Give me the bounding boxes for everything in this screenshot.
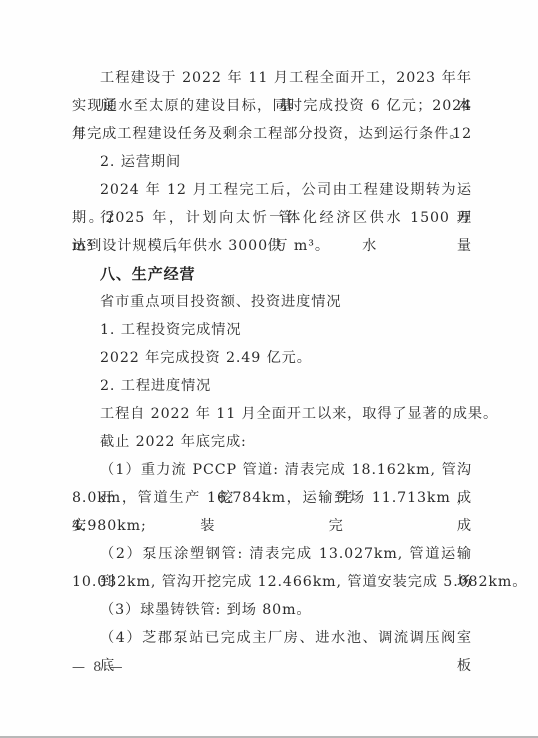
- list-item-line: （4）芝郡泵站已完成主厂房、进水池、调流调压阀室底板: [72, 624, 472, 652]
- paragraph-line: 省市重点项目投资额、投资进度情况: [72, 288, 472, 316]
- list-item-line: （1）重力流 PCCP 管道: 清表完成 18.162km, 管沟开挖完成: [72, 456, 472, 484]
- list-item-line: 8.0km，管道生产 16.784km，运输到场 11.713km ，安装完成: [72, 484, 472, 512]
- paragraph-line: 2022 年完成投资 2.49 亿元。: [72, 344, 472, 372]
- document-body: 工程建设于 2022 年 11 月工程全面开工，2023 年年底基本 实现通水至…: [72, 64, 472, 652]
- list-item-line: （3）球墨铸铁管: 到场 80m。: [72, 596, 472, 624]
- document-page: 工程建设于 2022 年 11 月工程全面开工，2023 年年底基本 实现通水至…: [0, 0, 538, 736]
- paragraph-line: 工程建设于 2022 年 11 月工程全面开工，2023 年年底基本: [72, 64, 472, 92]
- paragraph-line: 期。2025 年，计划向太忻一体化经济区供水 1500 万 m³，供水量: [72, 204, 472, 232]
- paragraph-line: 工程自 2022 年 11 月全面开工以来，取得了显著的成果。: [72, 400, 472, 428]
- list-item-line: （2）泵压涂塑钢管: 清表完成 13.027km, 管道运输到场: [72, 540, 472, 568]
- subsection-title: 2. 工程进度情况: [72, 372, 472, 400]
- paragraph-line: 实现通水至太原的建设目标，同时完成投资 6 亿元；2024 年 12: [72, 92, 472, 120]
- section-heading: 八、生产经营: [72, 260, 472, 288]
- paragraph-line: 月完成工程建设任务及剩余工程部分投资，达到运行条件。: [72, 120, 472, 148]
- subsection-title: 2. 运营期间: [72, 148, 472, 176]
- page-number: — 8 —: [72, 660, 125, 675]
- paragraph-line: 2024 年 12 月工程完工后，公司由工程建设期转为运行管理: [72, 176, 472, 204]
- subsection-title: 1. 工程投资完成情况: [72, 316, 472, 344]
- list-item-line: 10.032km, 管沟开挖完成 12.466km, 管道安装完成 5.082k…: [72, 568, 472, 596]
- paragraph-line: 截止 2022 年底完成:: [72, 428, 472, 456]
